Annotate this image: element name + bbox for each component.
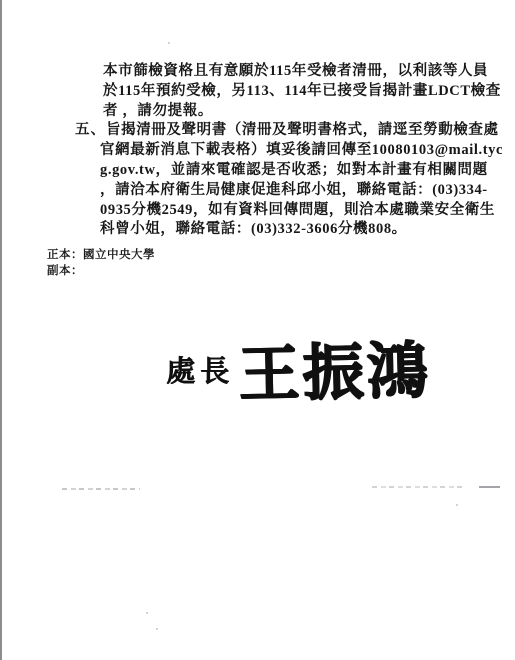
list-item-text: 旨揭清冊及聲明書（清冊及聲明書格式，請逕至勞動檢查處 <box>106 122 499 138</box>
list-item-5: 五、旨揭清冊及聲明書（清冊及聲明書格式，請逕至勞動檢查處 <box>0 121 515 141</box>
body-line: ，請洽本府衛生局健康促進科邱小姐，聯絡電話：(03)334- <box>0 181 515 201</box>
body-line: 本市篩檢資格且有意願於115年受檢者清冊，以利該等人員 <box>0 62 515 82</box>
list-item-number: 五、 <box>75 122 106 138</box>
signature-title: 處長 <box>166 349 234 390</box>
signature-block: 處長 王振鴻 <box>166 324 430 410</box>
signature-name: 王振鴻 <box>237 321 431 412</box>
scan-smudge <box>62 488 140 490</box>
body-line: 官網最新消息下載表格）填妥後請回傳至10080103@mail.tyc <box>0 141 515 161</box>
scan-smudge <box>372 486 462 488</box>
scanned-letter-page: 本市篩檢資格且有意願於115年受檢者清冊，以利該等人員 於115年預約受檢，另1… <box>0 0 515 660</box>
body-line: 0935分機2549，如有資料回傳問題，則洽本處職業安全衛生 <box>0 201 515 221</box>
scan-speck <box>456 504 458 506</box>
scan-smudge <box>479 486 500 488</box>
body-line: g.gov.tw，並請來電確認是否收悉；如對本計畫有相關問題 <box>0 161 515 181</box>
scan-speck <box>156 628 158 630</box>
recipient-copy: 副本： <box>47 264 155 280</box>
recipient-original: 正本：國立中央大學 <box>47 248 155 264</box>
letter-body: 本市篩檢資格且有意願於115年受檢者清冊，以利該等人員 於115年預約受檢，另1… <box>0 62 515 240</box>
recipient-block: 正本：國立中央大學 副本： <box>47 248 155 279</box>
scan-speck <box>146 612 148 614</box>
body-line: 科曾小姐，聯絡電話：(03)332-3606分機808。 <box>0 220 515 240</box>
body-line: 者 ，請勿提報。 <box>0 102 515 122</box>
body-line: 於115年預約受檢，另113、114年已接受旨揭計畫LDCT檢查 <box>0 82 515 102</box>
scan-speck <box>168 42 170 44</box>
